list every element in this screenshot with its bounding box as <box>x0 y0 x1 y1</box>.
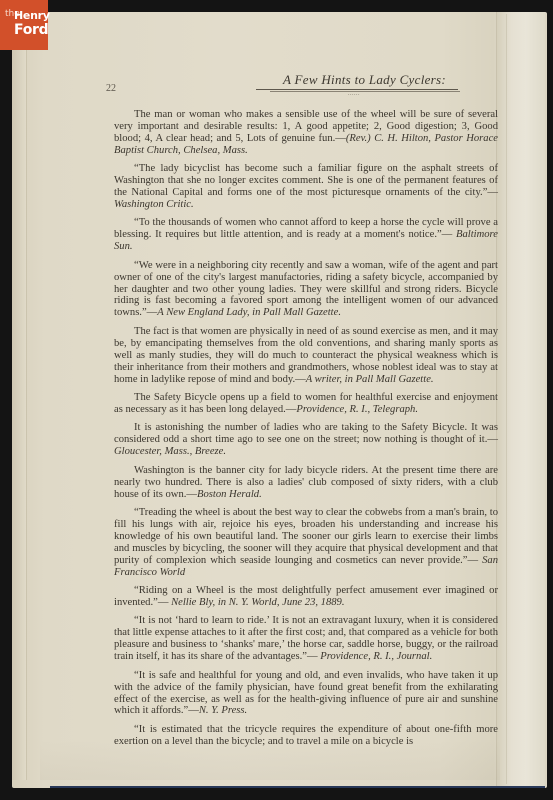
paragraph-source: Boston Herald. <box>197 489 262 500</box>
paragraph: “To the thousands of women who cannot af… <box>114 217 498 253</box>
paragraph: Washington is the banner city for lady b… <box>114 465 498 501</box>
page-number: 22 <box>106 83 116 94</box>
header-rule-secondary <box>270 91 460 92</box>
paragraph-text: “The lady bicyclist has become such a fa… <box>114 163 498 198</box>
paragraph-source: A writer, in Pall Mall Gazette. <box>306 374 434 385</box>
paragraph: “We were in a neighboring city recently … <box>114 260 498 320</box>
paragraph: “It is not ‘hard to learn to ride.’ It i… <box>114 615 498 663</box>
paragraph-text: “Treading the wheel is about the best wa… <box>114 507 498 566</box>
paragraph-source: N. Y. Press. <box>199 705 247 716</box>
running-head: A Few Hints to Lady Cyclers: <box>272 72 457 88</box>
paragraph-source: Gloucester, Mass., Breeze. <box>114 446 226 457</box>
paragraph: “It is safe and healthful for young and … <box>114 670 498 718</box>
paragraph-text: “To the thousands of women who cannot af… <box>114 217 498 240</box>
paragraph-text: It is astonishing the number of ladies w… <box>114 422 498 445</box>
paragraph-source: Washington Critic. <box>114 199 194 210</box>
paragraph: The Safety Bicycle opens up a field to w… <box>114 392 498 416</box>
paragraph-source: Providence, R. I., Telegraph. <box>296 404 418 415</box>
paragraph-text: “It is not ‘hard to learn to ride.’ It i… <box>114 615 498 662</box>
paragraph-text: “It is estimated that the tricycle requi… <box>114 724 498 747</box>
paragraph-text: “It is safe and healthful for young and … <box>114 670 498 717</box>
page-edge-line <box>506 14 507 784</box>
paragraph: The man or woman who makes a sensible us… <box>114 109 498 157</box>
paragraph-text: Washington is the banner city for lady b… <box>114 465 498 500</box>
header-ornament: ...... <box>348 91 360 97</box>
paragraph: “The lady bicyclist has become such a fa… <box>114 163 498 211</box>
logo-henry: Henry <box>14 10 50 21</box>
paragraph-source: Providence, R. I., Journal. <box>320 651 432 662</box>
header-rule <box>256 89 458 90</box>
paragraph-source: A New England Lady, in Pall Mall Gazette… <box>157 307 341 318</box>
paragraph: The fact is that women are physically in… <box>114 326 498 386</box>
paragraph: It is astonishing the number of ladies w… <box>114 422 498 458</box>
henry-ford-logo[interactable]: the Henry Ford <box>0 0 48 50</box>
paragraph-source: Nellie Bly, in N. Y. World, June 23, 188… <box>171 597 344 608</box>
body-text: The man or woman who makes a sensible us… <box>114 109 498 754</box>
page-right-margin-fold <box>496 12 545 786</box>
paragraph: “Treading the wheel is about the best wa… <box>114 507 498 578</box>
page-bottom-edge <box>50 786 545 788</box>
paragraph: “It is estimated that the tricycle requi… <box>114 724 498 748</box>
page-binding-edge <box>12 20 27 780</box>
logo-ford: Ford <box>14 23 48 37</box>
paragraph: “Riding on a Wheel is the most delightfu… <box>114 585 498 609</box>
